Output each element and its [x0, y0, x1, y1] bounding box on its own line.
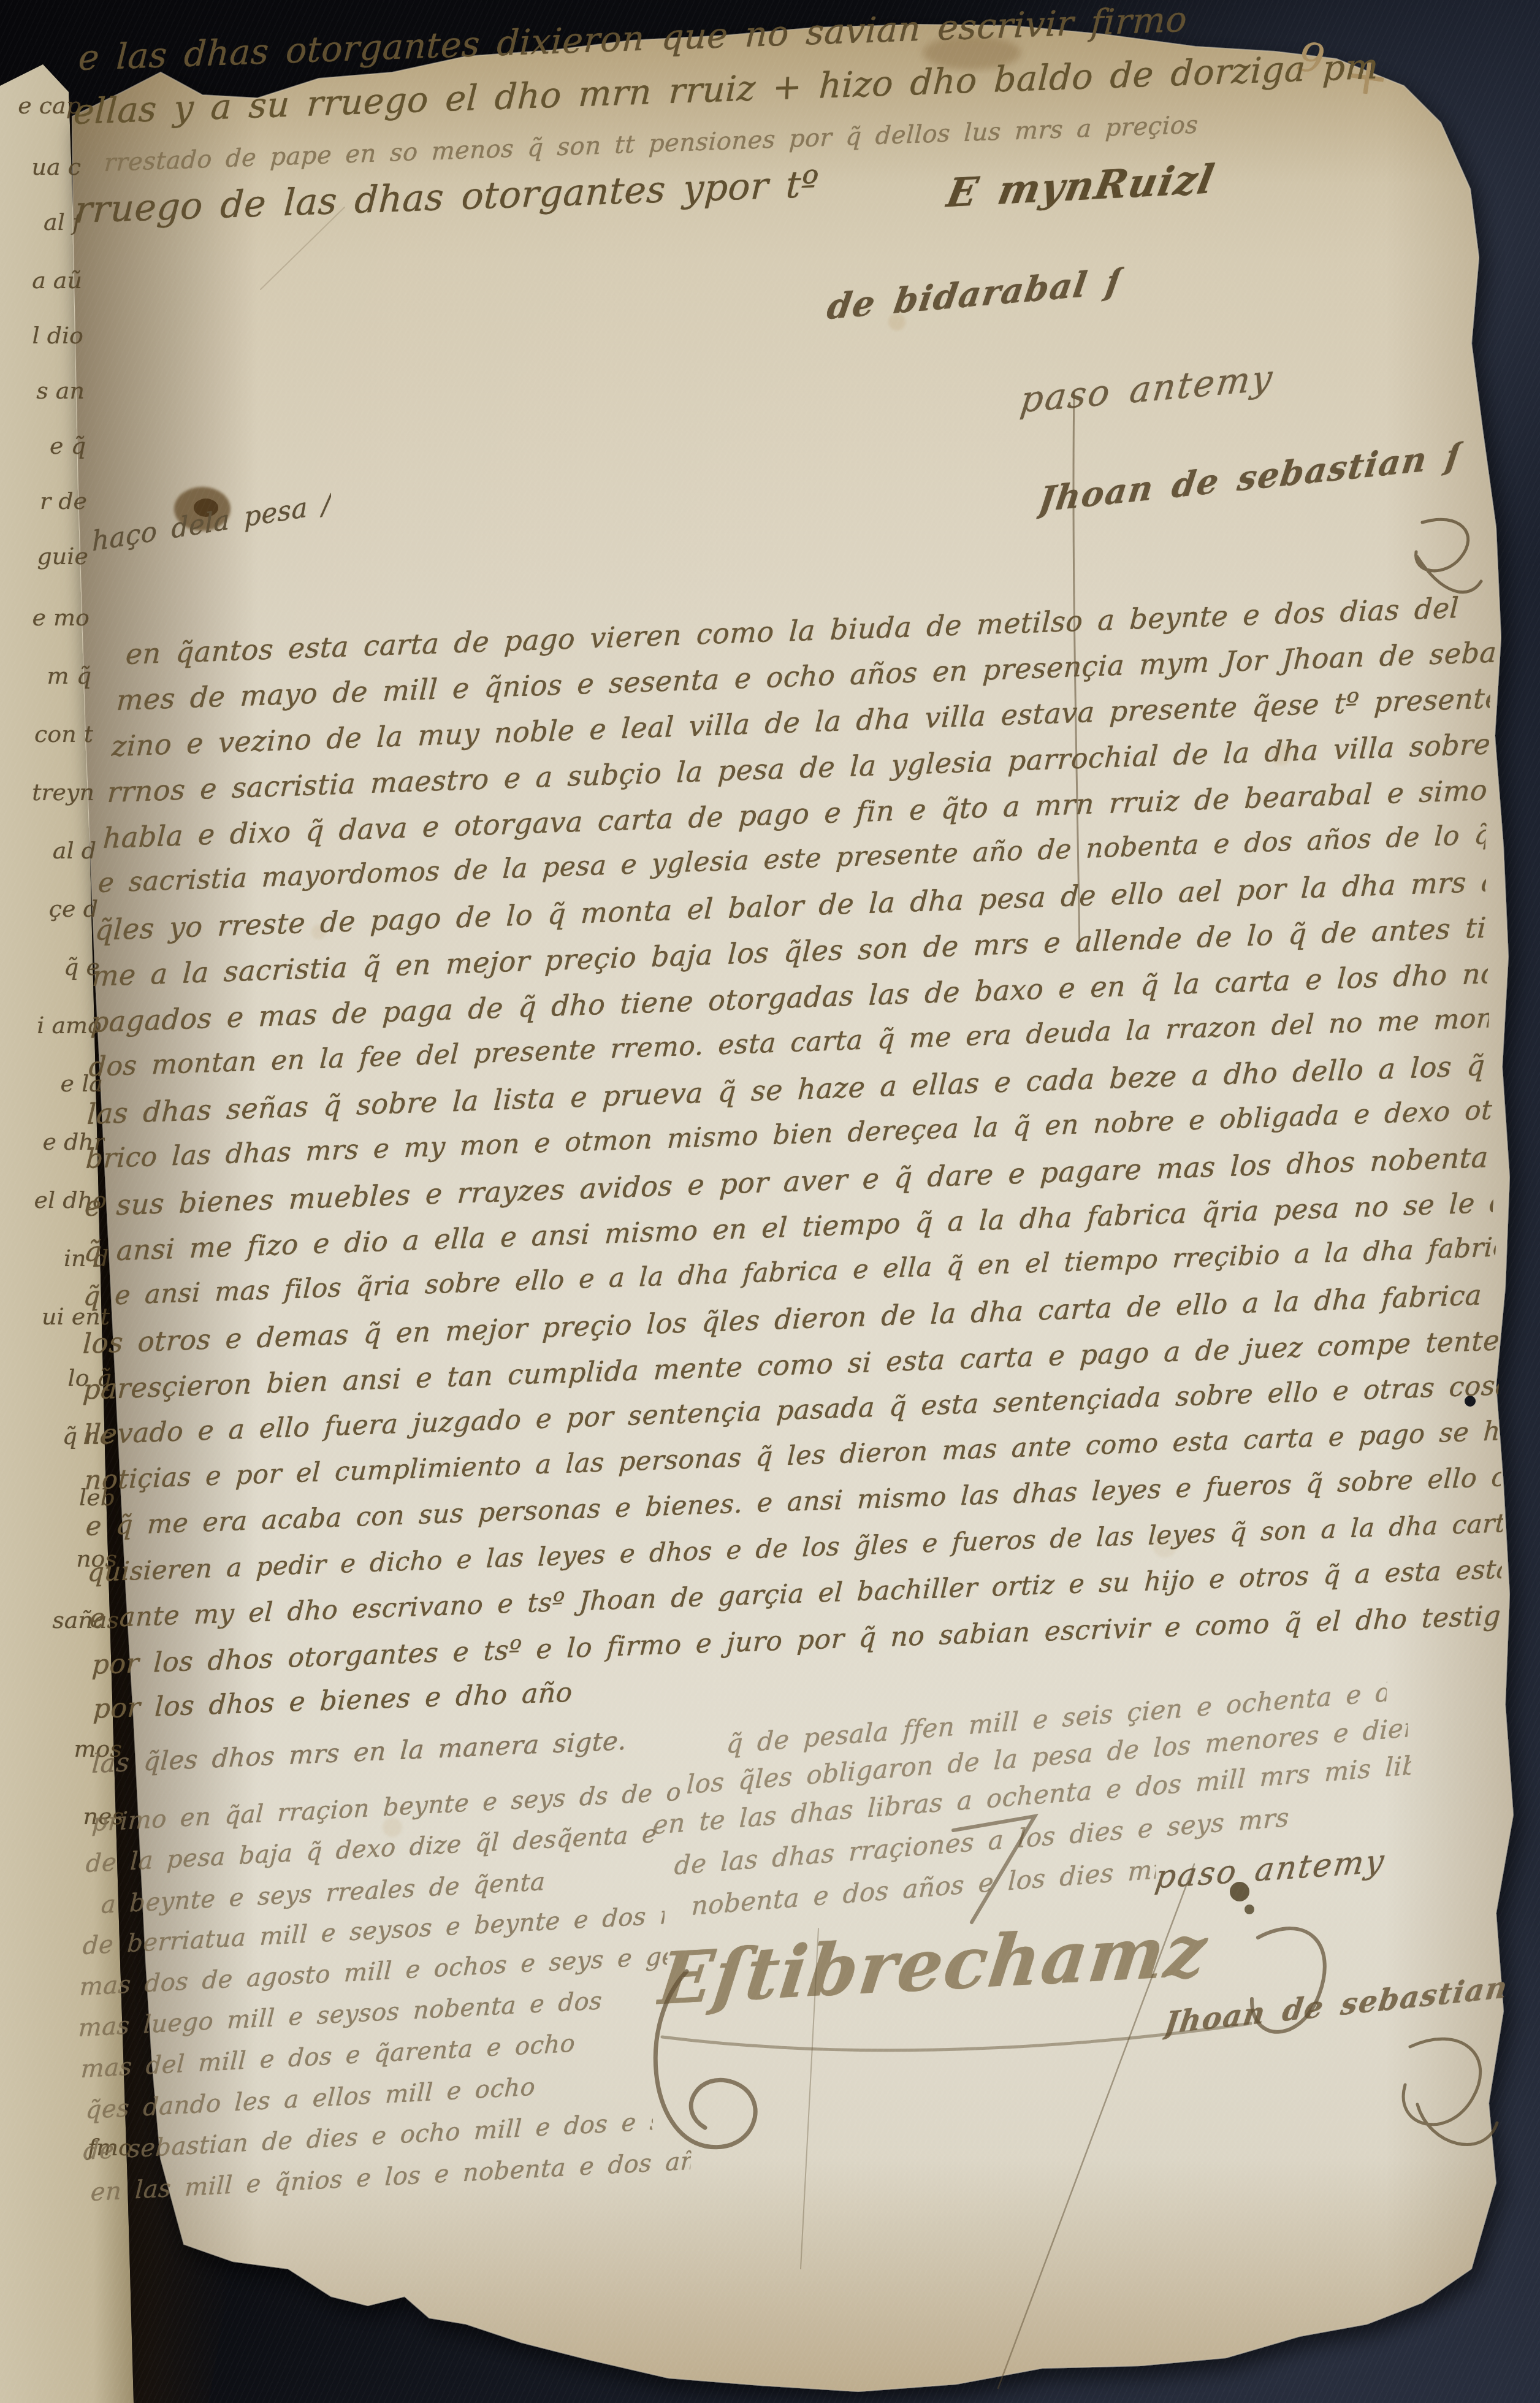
rubric-sebastian-bottom	[1403, 2039, 1497, 2144]
ink-blot	[1245, 1904, 1254, 1914]
ink-blot	[1230, 1882, 1249, 1901]
photograph-of-manuscript: e capua cal ſa aũl dios ane q̃r deguiee …	[0, 0, 1540, 2403]
flourish-signature-underline	[662, 2023, 1251, 2050]
rubric-sebastian-top	[1416, 519, 1481, 592]
pen-line-diagonal	[998, 1864, 1194, 2388]
flourish-signature-left-loop	[655, 1971, 755, 2147]
flourish-signature-end-loop	[1252, 1928, 1325, 2032]
pen-flourish-vertical	[1073, 392, 1080, 952]
flourish-seven	[953, 1816, 1035, 1922]
pen-line-diagonal	[801, 1928, 818, 2269]
ink-flourishes	[0, 0, 1540, 2403]
pen-scratch	[261, 207, 345, 289]
